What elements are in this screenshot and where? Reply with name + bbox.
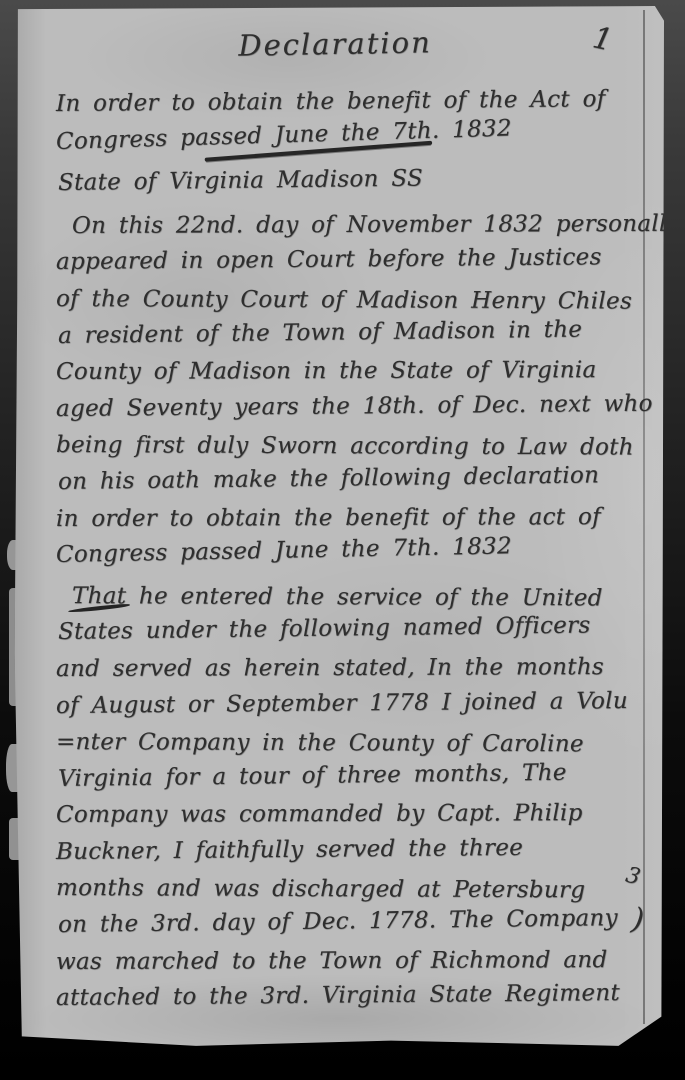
handwritten-line: on his oath make the following declarati… — [58, 457, 640, 501]
document-title: Declaration — [32, 17, 639, 72]
handwritten-line: Buckner, I faithfully served the three — [56, 829, 638, 871]
handwritten-line: was marched to the Town of Richmond and — [56, 942, 638, 981]
paper-torn-edge — [9, 818, 19, 860]
document-lines: In order to obtain the benefit of the Ac… — [56, 86, 638, 1017]
handwritten-line: Virginia for a tour of three months, The — [58, 754, 640, 798]
handwritten-line: State of Virginia Madison SS — [58, 158, 640, 202]
handwritten-line: on the 3rd. day of Dec. 1778. The Compan… — [58, 900, 640, 944]
document-page: 1 Declaration In order to obtain the ben… — [14, 6, 664, 1050]
handwritten-line: States under the following named Officer… — [58, 607, 640, 651]
handwritten-line: aged Seventy years the 18th. of Dec. nex… — [56, 386, 638, 428]
handwritten-line: attached to the 3rd. Virginia State Regi… — [56, 975, 638, 1017]
handwritten-line: appeared in open Court before the Justic… — [56, 239, 638, 281]
handwritten-line: County of Madison in the State of Virgin… — [56, 352, 638, 391]
handwritten-line: Company was commanded by Capt. Philip — [56, 795, 638, 834]
handwritten-line: and served as herein stated, In the mont… — [56, 649, 638, 688]
handwritten-line: a resident of the Town of Madison in the — [58, 310, 640, 354]
handwritten-line: of August or September 1778 I joined a V… — [56, 682, 638, 724]
scanned-document-background: 1 Declaration In order to obtain the ben… — [0, 0, 685, 1080]
underline-flourish — [205, 140, 433, 161]
handwritten-line: On this 22nd. day of November 1832 perso… — [56, 206, 638, 245]
document-content: 1 Declaration In order to obtain the ben… — [14, 6, 664, 1050]
